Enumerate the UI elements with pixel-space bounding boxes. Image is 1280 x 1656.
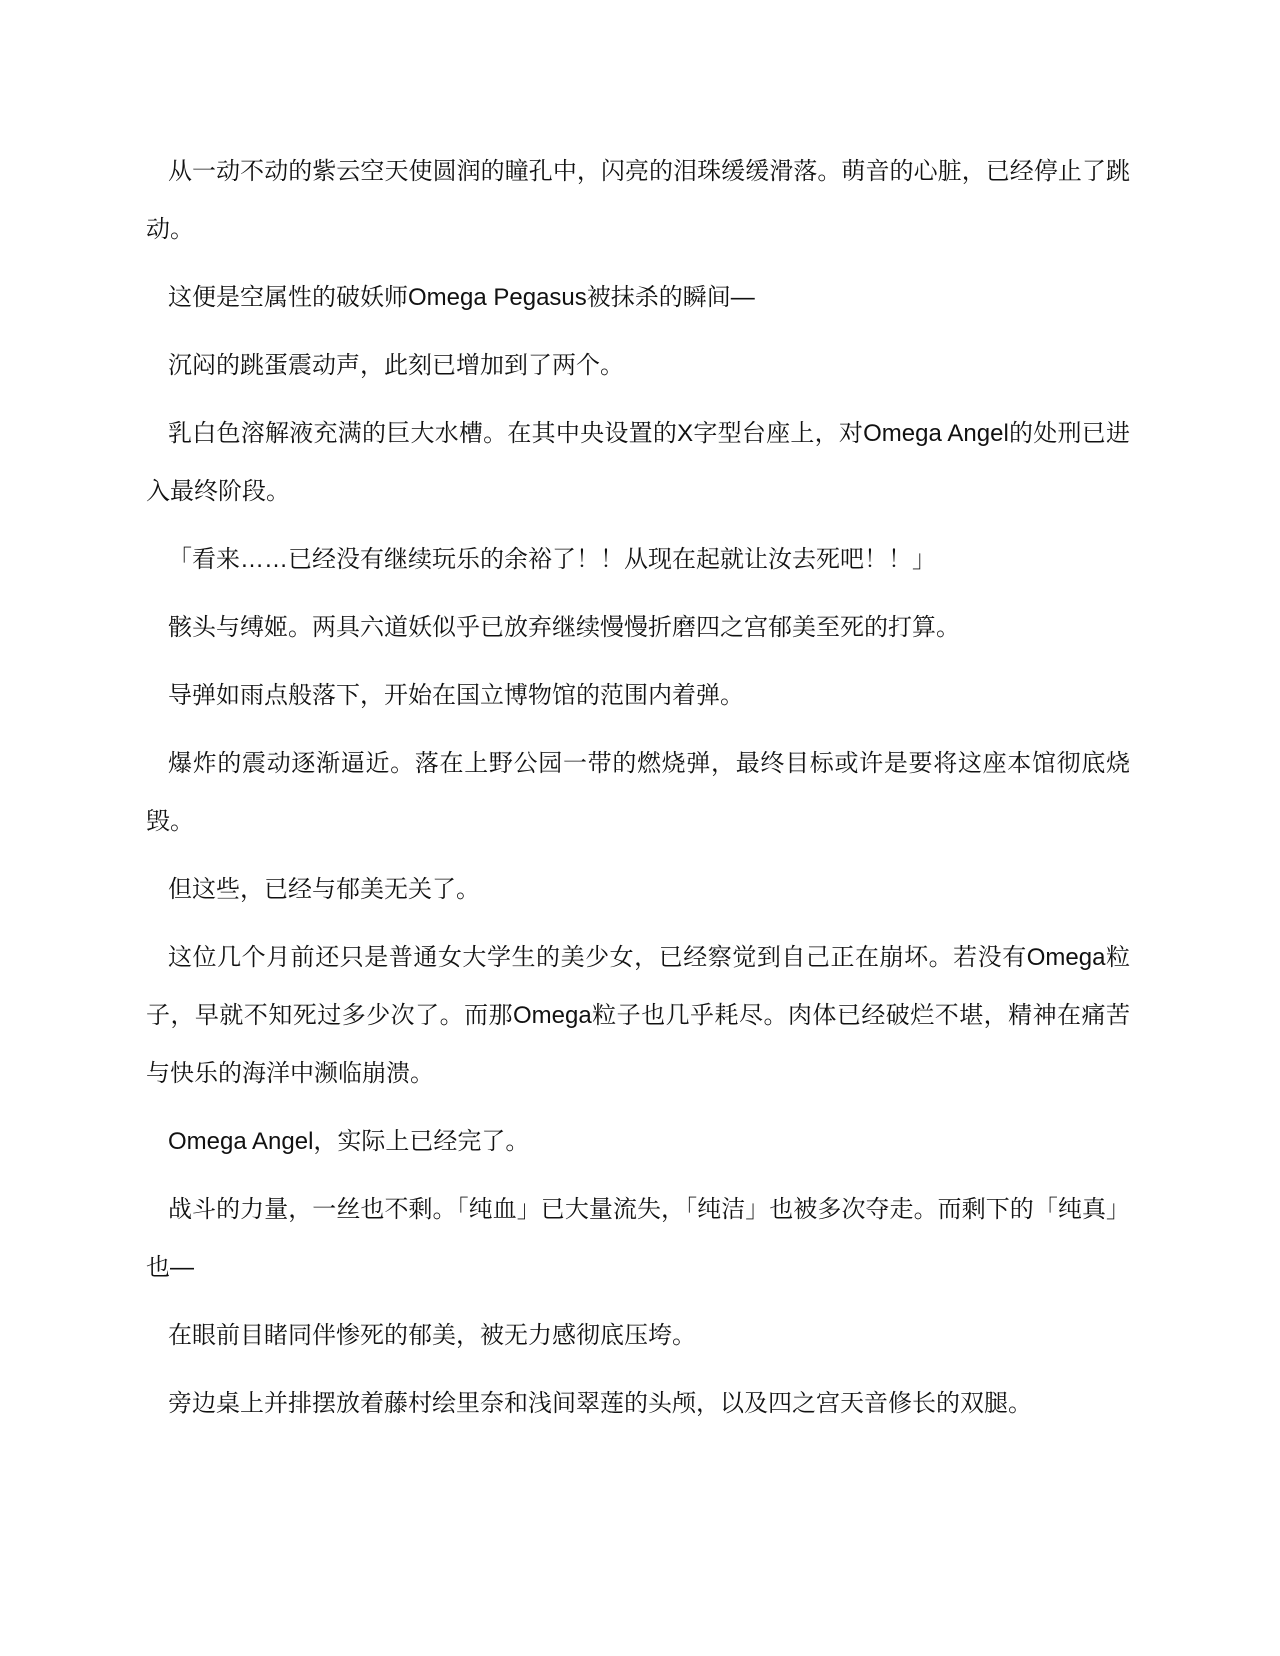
body-paragraph: 乳白色溶解液充满的巨大水槽。在其中央设置的X字型台座上，对Omega Angel… [146, 405, 1130, 521]
body-paragraph: 导弹如雨点般落下，开始在国立博物馆的范围内着弹。 [146, 667, 1130, 725]
body-paragraph: 「看来……已经没有继续玩乐的余裕了！！从现在起就让汝去死吧！！」 [146, 531, 1130, 589]
body-paragraph: 在眼前目睹同伴惨死的郁美，被无力感彻底压垮。 [146, 1307, 1130, 1365]
body-paragraph: 旁边桌上并排摆放着藤村绘里奈和浅间翠莲的头颅，以及四之宫天音修长的双腿。 [146, 1375, 1130, 1433]
body-paragraph: 但这些，已经与郁美无关了。 [146, 861, 1130, 919]
body-paragraph: Omega Angel，实际上已经完了。 [146, 1113, 1130, 1171]
body-paragraph: 沉闷的跳蛋震动声，此刻已增加到了两个。 [146, 337, 1130, 395]
body-paragraph: 战斗的力量，一丝也不剩。「纯血」已大量流失，「纯洁」也被多次夺走。而剩下的「纯真… [146, 1181, 1130, 1297]
body-paragraph: 爆炸的震动逐渐逼近。落在上野公园一带的燃烧弹，最终目标或许是要将这座本馆彻底烧毁… [146, 735, 1130, 851]
body-paragraph: 从一动不动的紫云空天使圆润的瞳孔中，闪亮的泪珠缓缓滑落。萌音的心脏，已经停止了跳… [146, 143, 1130, 259]
body-paragraph: 这便是空属性的破妖师Omega Pegasus被抹杀的瞬间— [146, 269, 1130, 327]
body-paragraph: 骸头与缚姬。两具六道妖似乎已放弃继续慢慢折磨四之宫郁美至死的打算。 [146, 599, 1130, 657]
body-paragraph: 这位几个月前还只是普通女大学生的美少女，已经察觉到自己正在崩坏。若没有Omega… [146, 929, 1130, 1103]
novel-text-page: 从一动不动的紫云空天使圆润的瞳孔中，闪亮的泪珠缓缓滑落。萌音的心脏，已经停止了跳… [146, 0, 1130, 1433]
